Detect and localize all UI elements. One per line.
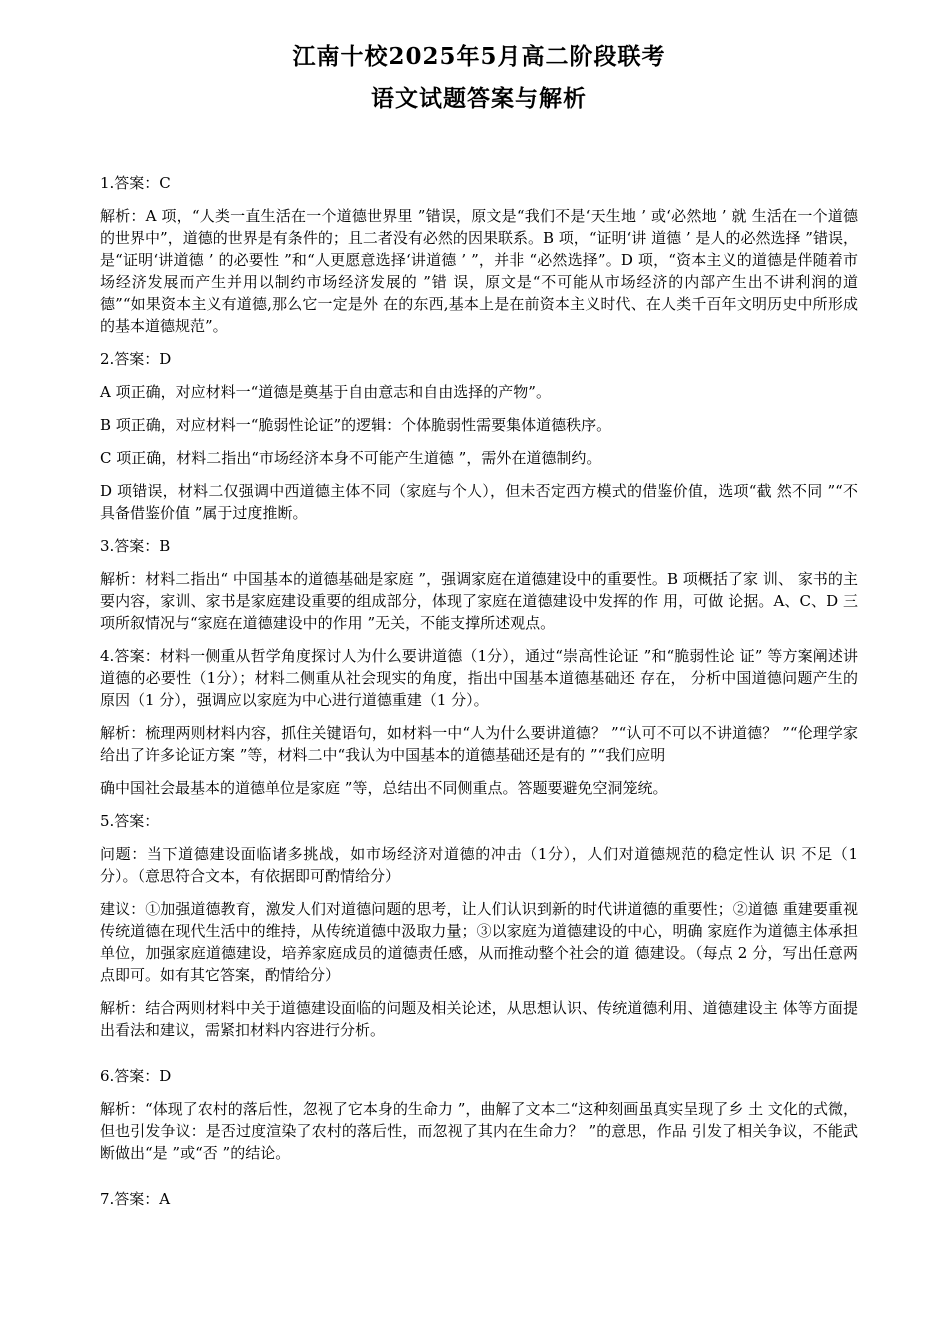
- answer-1: 1.答案：C: [100, 172, 858, 194]
- answer-5-problem: 问题：当下道德建设面临诸多挑战，如市场经济对道德的冲击（1分），人们对道德规范的…: [100, 843, 858, 887]
- explanation-6: 解析：“体现了农村的落后性，忽视了它本身的生命力 ”，曲解了文本二“这种刻画虽真…: [100, 1098, 858, 1164]
- answer-2: 2.答案：D: [100, 348, 858, 370]
- explanation-3: 解析：材料二指出“ 中国基本的道德基础是家庭 ”，强调家庭在道德建设中的重要性。…: [100, 568, 858, 634]
- explanation-5: 解析：结合两则材料中关于道德建设面临的问题及相关论述，从思想认识、传统道德利用、…: [100, 997, 858, 1041]
- document-subtitle: 语文试题答案与解析: [100, 78, 858, 120]
- explanation-1: 解析：A 项，“人类一直生活在一个道德世界里 ”错误，原文是“我们不是‘天生地 …: [100, 205, 858, 337]
- answer-2-option-a: A 项正确，对应材料一“道德是奠基于自由意志和自由选择的产物”。: [100, 381, 858, 403]
- answer-3: 3.答案：B: [100, 535, 858, 557]
- answer-5: 5.答案：: [100, 810, 858, 832]
- title-block: 江南十校2025年5月高二阶段联考 语文试题答案与解析: [100, 36, 858, 120]
- answer-2-option-d: D 项错误，材料二仅强调中西道德主体不同（家庭与个人），但未否定西方模式的借鉴价…: [100, 480, 858, 524]
- document-page: 江南十校2025年5月高二阶段联考 语文试题答案与解析 1.答案：C 解析：A …: [0, 0, 950, 1344]
- explanation-4: 解析：梳理两则材料内容，抓住关键语句，如材料一中“人为什么要讲道德？ ”“认可不…: [100, 722, 858, 766]
- answer-6: 6.答案：D: [100, 1065, 858, 1087]
- answer-2-option-b: B 项正确，对应材料一“脆弱性论证”的逻辑：个体脆弱性需要集体道德秩序。: [100, 414, 858, 436]
- explanation-4-continued: 确中国社会最基本的道德单位是家庭 ”等，总结出不同侧重点。答题要避免空洞笼统。: [100, 777, 858, 799]
- answer-2-option-c: C 项正确，材料二指出“市场经济本身不可能产生道德 ”，需外在道德制约。: [100, 447, 858, 469]
- answer-5-suggestion: 建议：①加强道德教育，激发人们对道德问题的思考，让人们认识到新的时代讲道德的重要…: [100, 898, 858, 986]
- answer-4: 4.答案：材料一侧重从哲学角度探讨人为什么要讲道德（1分），通过“崇高性论证 ”…: [100, 645, 858, 711]
- answer-7: 7.答案：A: [100, 1188, 858, 1210]
- document-title: 江南十校2025年5月高二阶段联考: [100, 36, 858, 78]
